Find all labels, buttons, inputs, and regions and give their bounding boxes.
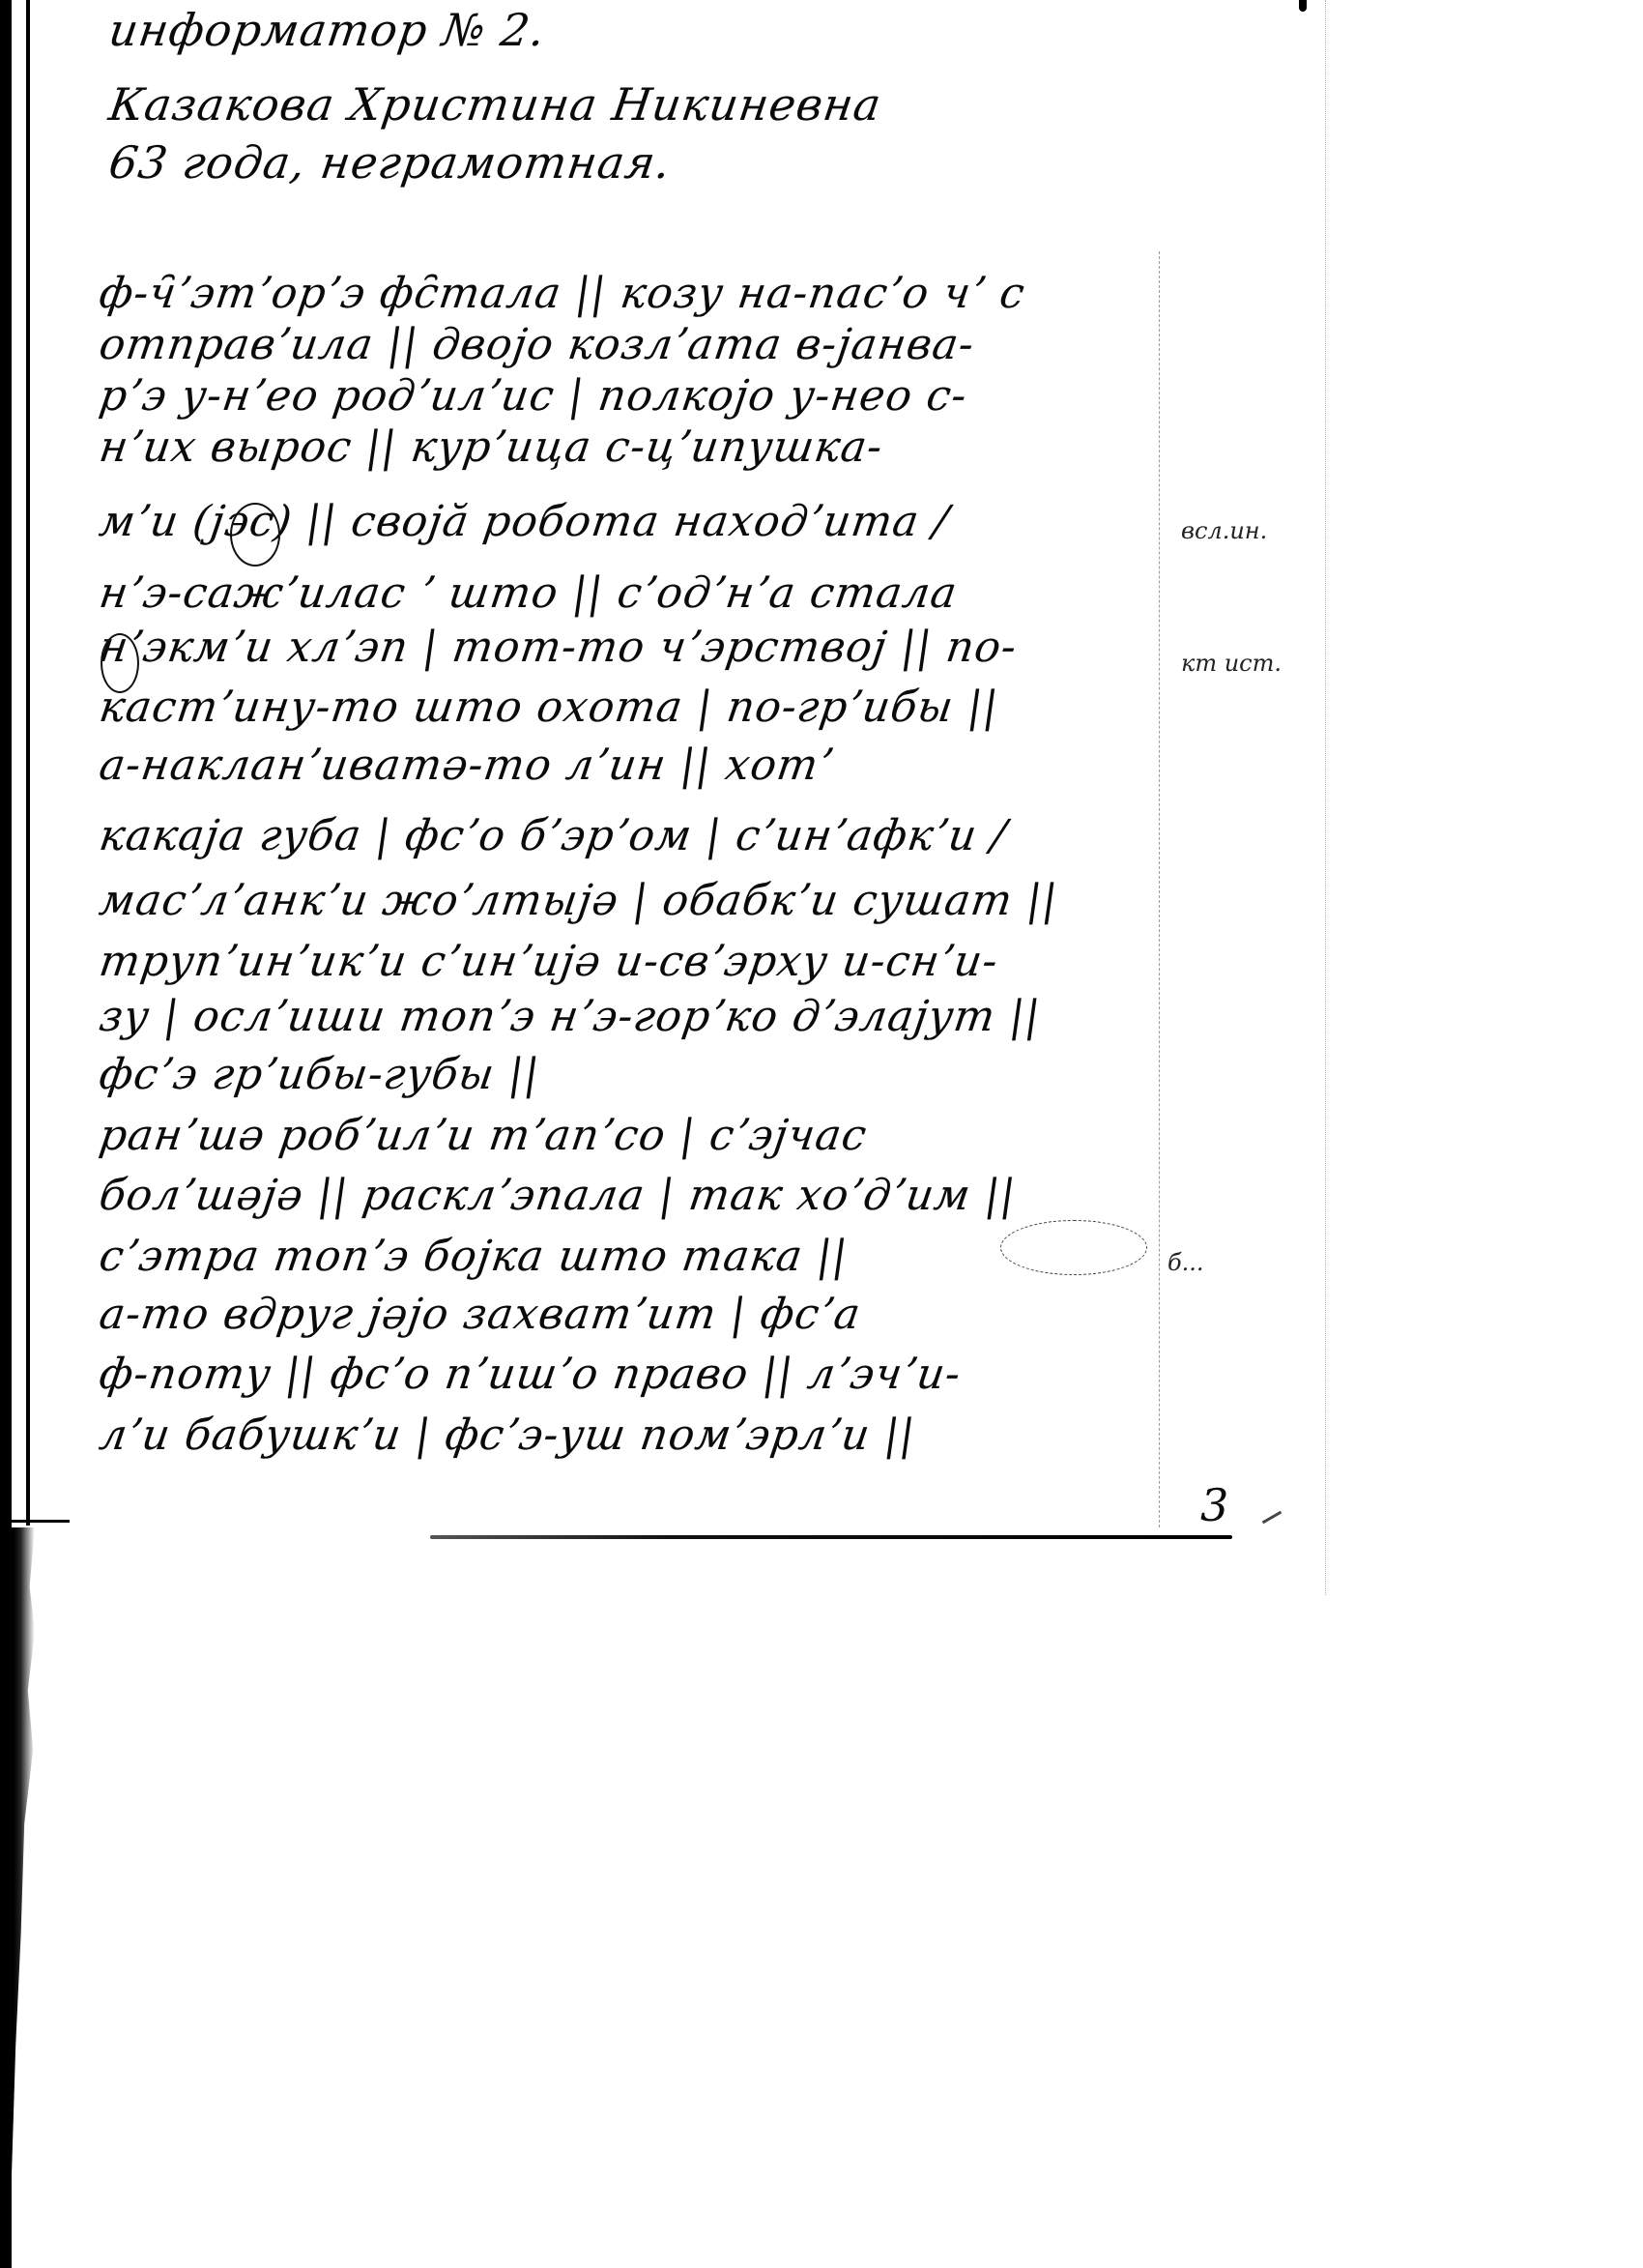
transcript-line: рʼэ у-нʼео родʼилʼис | полкојо у-нео с- [97,375,970,418]
circle-annotation [101,633,139,693]
margin-notch [12,1520,70,1523]
transcript-line: нʼих вырос || курʼица с-цʼипушка- [97,426,885,469]
margin-note: кт ист. [1181,650,1282,677]
scan-edge-jagged [0,1527,35,2268]
transcript-line: а-накланʼиватǝ-то лʼин || хотʼ [97,744,836,787]
corner-mark [1299,0,1307,12]
transcript-line: лʼи бабушкʼи | фсʼэ-уш помʼэрлʼи || [97,1414,918,1457]
circle-annotation [230,503,280,567]
right-margin-guide [1159,251,1160,1527]
margin-line [26,0,30,1526]
margin-note: всл.ин. [1181,517,1267,544]
transcript-line: а-то вдруг јǝјо захватʼит | фсʼа [97,1294,863,1336]
margin-note: б... [1167,1249,1204,1276]
bottom-rule-tail [1262,1511,1283,1525]
transcript-line: болʼшǝјǝ || расклʼэпала | так хоʼдʼим || [97,1175,1019,1217]
transcript-line: ранʼшǝ робʼилʼи тʼапʼсо | сʼэјчас [97,1115,870,1157]
informant-label: информатор № 2. [106,8,549,52]
transcript-line: отправʼила || двојо козлʼата в-јанва- [97,324,977,366]
informant-info: 63 года, неграмотная. [106,140,674,185]
page-number: 3 [1200,1479,1228,1531]
page-edge-guide [1325,0,1326,1595]
transcript-line: какаја губа | фсʼо бʼэрʼом | сʼинʼафкʼи … [97,815,1010,858]
transcript-line: ф-поту || фсʼо пʼишʼо право || лʼэчʼи- [97,1353,964,1396]
transcript-line: сʼэтра топʼэ бојка што така || [97,1236,850,1278]
ellipse-annotation [1000,1220,1147,1275]
transcript-line: масʼлʼанкʼи жоʼлтыјǝ | обабкʼи сушат || [97,880,1060,922]
transcript-line: трупʼинʼикʼи сʼинʼијǝ и-свʼэрху и-снʼи- [97,941,1001,983]
transcript-line: зу | ослʼиши топʼэ нʼэ-горʼко дʼэлајут |… [97,996,1044,1038]
transcript-line: ф-ч̑ʼэтʼорʼэ фс̑тала || козу на-пасʼо чʼ… [97,273,1027,315]
informant-name: Казакова Христина Никиневна [106,82,884,127]
transcript-line: кастʼину-то што охота | по-грʼибы || [97,686,1001,729]
transcript-line: фсʼэ грʼибы-губы || [97,1054,542,1096]
transcript-line: нʼэ-сажʼилас ʼ што || сʼодʼнʼа стала [97,572,960,615]
transcript-line: мʼи (јэс) || својӑ робота находʼита / [97,501,952,543]
transcript-line: нʼэкмʼи хлʼэп | тот-то чʼэрствој || по- [97,626,1020,669]
bottom-rule [430,1535,1232,1539]
